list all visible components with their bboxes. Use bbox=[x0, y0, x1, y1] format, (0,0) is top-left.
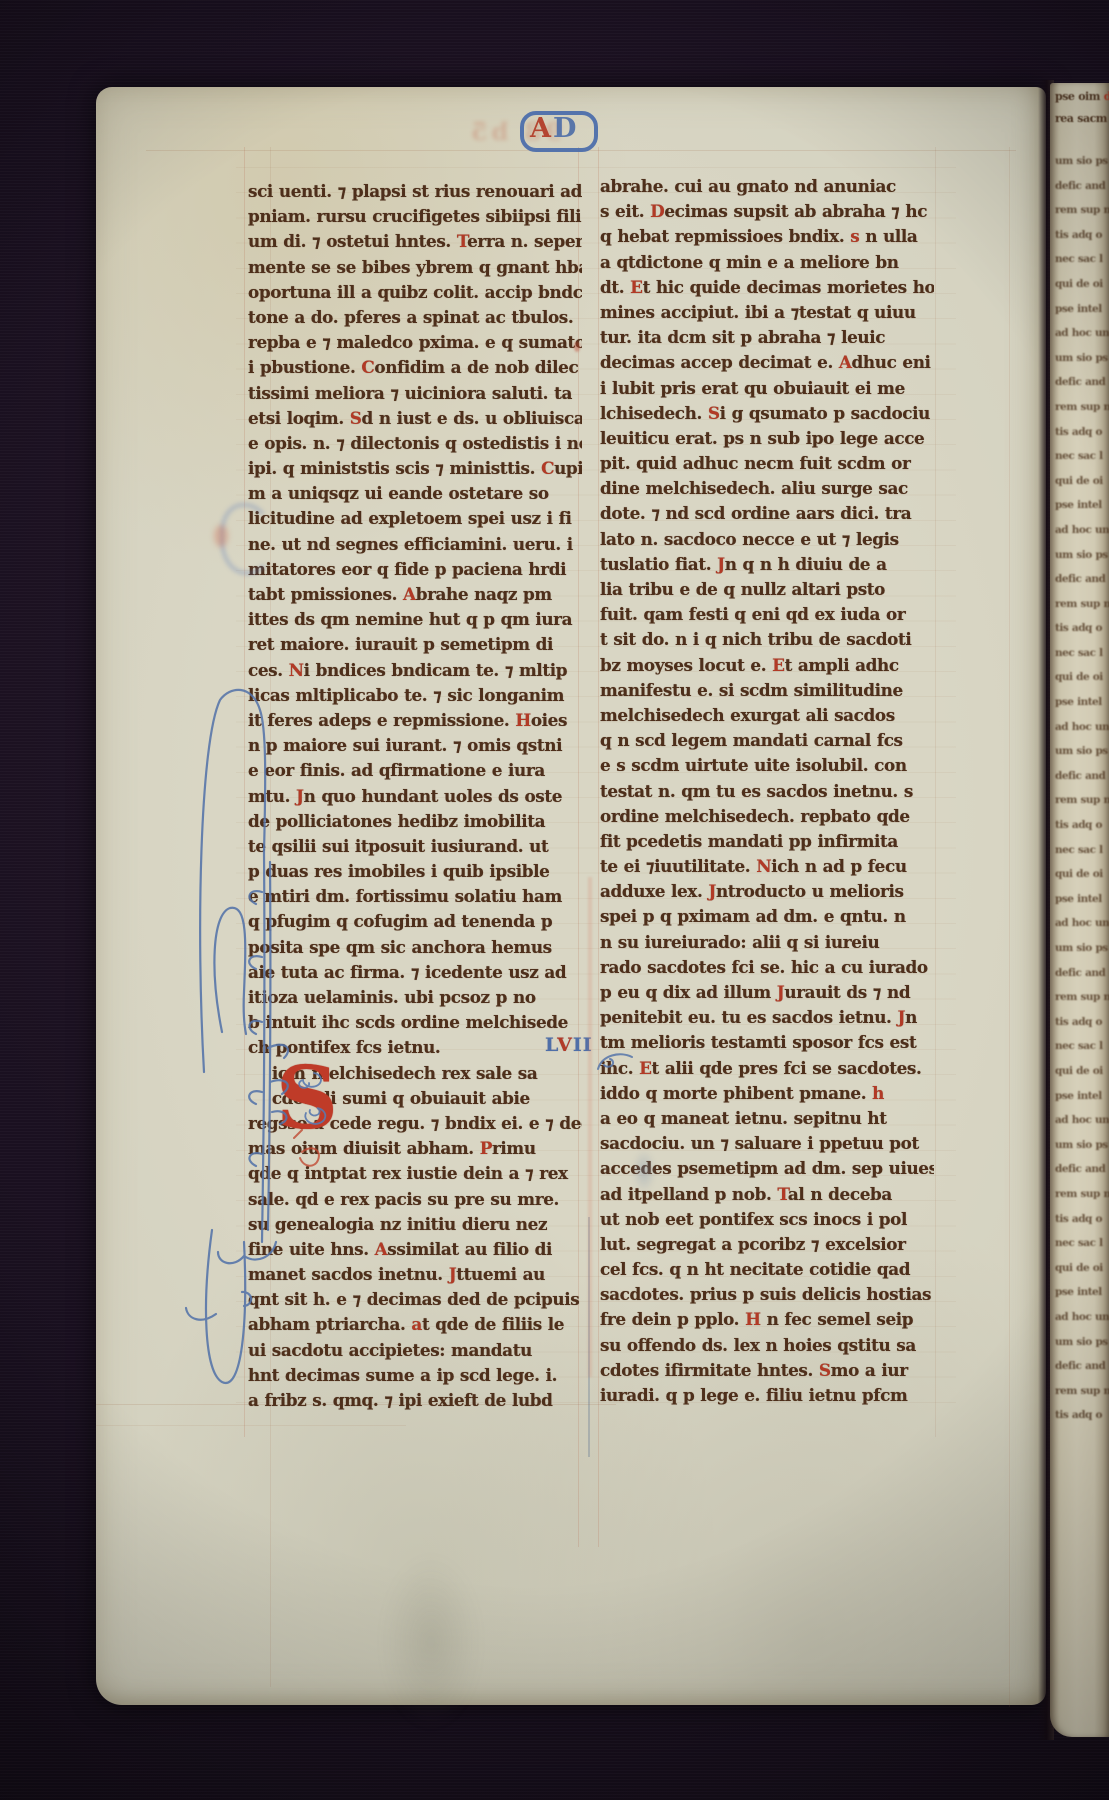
text-line: um sio ps bbox=[1055, 149, 1109, 174]
pen-flourish-decoration bbox=[156, 682, 326, 1402]
text-line: repba e ⁊ maledco pxima. e q sumato bbox=[248, 331, 579, 356]
text-line: qui de oi bbox=[1055, 1059, 1109, 1084]
text-line: defic and bbox=[1055, 961, 1109, 986]
text-line: tis adq o bbox=[1055, 1207, 1109, 1232]
text-line: um sio ps bbox=[1055, 1330, 1109, 1355]
text-line: tis adq o bbox=[1055, 616, 1109, 641]
text-line: tis adq o bbox=[1055, 813, 1109, 838]
text-line: qui de oi bbox=[1055, 665, 1109, 690]
text-line: rea sacm l bbox=[1055, 108, 1109, 130]
text-line: defic and bbox=[1055, 1354, 1109, 1379]
text-line: tis adq o bbox=[1055, 1010, 1109, 1035]
text-line: iddo q morte phibent pmane. h bbox=[600, 1082, 931, 1107]
text-line: rem sup n bbox=[1055, 592, 1109, 617]
text-line: cdotes ifirmitate hntes. Smo a iur bbox=[600, 1359, 931, 1384]
text-line: pse intel bbox=[1055, 887, 1109, 912]
text-line: tis adq o bbox=[1055, 223, 1109, 248]
text-line: decimas accep decimat e. Adhuc eni bbox=[600, 351, 931, 376]
chapter-number: LVII bbox=[545, 1034, 593, 1056]
text-line: lia tribu e de q nullz altari psto bbox=[600, 578, 931, 603]
text-line: sci uenti. ⁊ plapsi st rius renouari ad bbox=[248, 180, 579, 205]
text-line: nec sac l bbox=[1055, 247, 1109, 272]
running-title: AD bbox=[520, 111, 598, 152]
text-line: pse oim d bbox=[1055, 86, 1109, 108]
text-line: ut nob eet pontifex scs inocs i pol bbox=[600, 1208, 931, 1233]
text-line: s eit. Decimas supsit ab abraha ⁊ hc bbox=[600, 200, 931, 225]
text-line: ces. Ni bndices bndicam te. ⁊ mltip bbox=[248, 659, 579, 684]
text-line: ad hoc un bbox=[1055, 321, 1109, 346]
text-line: tabt pmissiones. Abrahe naqz pm bbox=[248, 583, 579, 608]
text-line: e s scdm uirtute uite isolubil. con bbox=[600, 754, 931, 779]
text-line: rado sacdotes fci se. hic a cu iurado bbox=[600, 956, 931, 981]
text-line: um sio ps bbox=[1055, 346, 1109, 371]
text-line: lut. segregat a pcoribz ⁊ excelsior bbox=[600, 1233, 931, 1258]
text-line: ad hoc un bbox=[1055, 715, 1109, 740]
text-line: ad hoc un bbox=[1055, 1108, 1109, 1133]
text-line: nec sac l bbox=[1055, 1231, 1109, 1256]
text-line: rem sup n bbox=[1055, 985, 1109, 1010]
text-line: fit pcedetis mandati pp infirmita bbox=[600, 830, 931, 855]
text-line: tone a do. pferes a spinat ac tbulos. bbox=[248, 306, 579, 331]
text-line: rem sup n bbox=[1055, 788, 1109, 813]
ruling-line bbox=[1009, 147, 1010, 1707]
text-line: pse intel bbox=[1055, 1084, 1109, 1109]
text-line: abrahe. cui au gnato nd anuniac bbox=[600, 175, 931, 200]
text-line: pniam. rursu crucifigetes sibiipsi fili bbox=[248, 205, 579, 230]
text-line: e opis. n. ⁊ dilectonis q ostedistis i n… bbox=[248, 432, 579, 457]
text-line: etsi loqim. Sd n iust e ds. u obliuisca bbox=[248, 407, 579, 432]
ruling-line bbox=[935, 147, 936, 1437]
text-line: qui de oi bbox=[1055, 469, 1109, 494]
text-line: adduxe lex. Jntroducto u melioris bbox=[600, 880, 931, 905]
text-line: ihc. Et alii qde pres fci se sacdotes. bbox=[600, 1057, 931, 1082]
text-line: pse intel bbox=[1055, 297, 1109, 322]
text-line: um di. ⁊ ostetui hntes. Terra n. sepenu bbox=[248, 230, 579, 255]
text-line: te ei ⁊iuutilitate. Nich n ad p fecu bbox=[600, 855, 931, 880]
text-line: defic and bbox=[1055, 567, 1109, 592]
manuscript-photo: 98 b5 AD sci uenti. ⁊ plapsi st rius ren… bbox=[0, 0, 1109, 1800]
text-line: tis adq o bbox=[1055, 1403, 1109, 1428]
text-line: pit. quid adhuc necm fuit scdm or bbox=[600, 452, 931, 477]
text-line: oportuna ill a quibz colit. accip bndc bbox=[248, 281, 579, 306]
text-line: ad hoc un bbox=[1055, 518, 1109, 543]
text-line: ordine melchisedech. repbato qde bbox=[600, 805, 931, 830]
ink-bleedthrough-mark bbox=[220, 503, 274, 575]
ink-bleedthrough-mark bbox=[628, 1142, 660, 1200]
manuscript-page: 98 b5 AD sci uenti. ⁊ plapsi st rius ren… bbox=[96, 87, 1046, 1705]
text-line: tissimi meliora ⁊ uiciniora saluti. ta bbox=[248, 382, 579, 407]
text-line: lchisedech. Si g qsumato p sacdociu bbox=[600, 402, 931, 427]
text-line: tis adq o bbox=[1055, 420, 1109, 445]
text-line: qui de oi bbox=[1055, 862, 1109, 887]
text-line: ipi. q ministstis scis ⁊ ministtis. Cupi bbox=[248, 457, 579, 482]
text-line: qui de oi bbox=[1055, 1256, 1109, 1281]
text-line: licitudine ad expletoem spei usz i fi bbox=[248, 507, 579, 532]
ink-bleedthrough-mark bbox=[588, 877, 592, 1377]
text-line: um sio ps bbox=[1055, 739, 1109, 764]
text-line: mente se se bibes ybrem q gnant hba bbox=[248, 256, 579, 281]
text-line: qui de oi bbox=[1055, 272, 1109, 297]
text-line: p eu q dix ad illum Jurauit ds ⁊ nd bbox=[600, 981, 931, 1006]
text-line: fre dein p pplo. H n fec semel seip bbox=[600, 1308, 931, 1333]
text-line: um sio ps bbox=[1055, 543, 1109, 568]
text-line: m a uniqsqz ui eande ostetare so bbox=[248, 482, 579, 507]
text-line: i lubit pris erat qu obuiauit ei me bbox=[600, 377, 931, 402]
text-line: rem sup n bbox=[1055, 198, 1109, 223]
text-line: tuslatio fiat. Jn q n h diuiu de a bbox=[600, 553, 931, 578]
text-line: spei p q pximam ad dm. e qntu. n bbox=[600, 905, 931, 930]
text-line: a qtdictone q min e a meliore bn bbox=[600, 251, 931, 276]
text-line: i pbustione. Confidim a de nob dilec bbox=[248, 356, 579, 381]
text-line: t sit do. n i q nich tribu de sacdoti bbox=[600, 628, 931, 653]
text-line: leuiticu erat. ps n sub ipo lege acce bbox=[600, 427, 931, 452]
text-line: lato n. sacdoco necce e ut ⁊ legis bbox=[600, 528, 931, 553]
text-line: mitatores eor q fide p paciena hrdi bbox=[248, 558, 579, 583]
text-line: rem sup n bbox=[1055, 1379, 1109, 1404]
text-line: pse intel bbox=[1055, 1280, 1109, 1305]
text-line: nec sac l bbox=[1055, 838, 1109, 863]
parchment-stain bbox=[366, 1527, 496, 1757]
text-line: su offendo ds. lex n hoies qstitu sa bbox=[600, 1334, 931, 1359]
text-line: ad hoc un bbox=[1055, 911, 1109, 936]
gutter-curl-decoration bbox=[594, 1049, 636, 1075]
text-line: nec sac l bbox=[1055, 444, 1109, 469]
text-line: tur. ita dcm sit p abraha ⁊ leuic bbox=[600, 326, 931, 351]
text-line: melchisedech exurgat ali sacdos bbox=[600, 704, 931, 729]
text-line: pse intel bbox=[1055, 493, 1109, 518]
text-line: cel fcs. q n ht necitate cotidie qad bbox=[600, 1258, 931, 1283]
text-line: um sio ps bbox=[1055, 1133, 1109, 1158]
text-line: fuit. qam festi q eni qd ex iuda or bbox=[600, 603, 931, 628]
text-line: defic and bbox=[1055, 1157, 1109, 1182]
fore-edge-text: pse oim drea sacm l bbox=[1055, 86, 1109, 130]
text-line: ret maiore. iurauit p semetipm di bbox=[248, 633, 579, 658]
text-line: sacdotes. prius p suis delicis hostias o… bbox=[600, 1283, 931, 1308]
text-line: dine melchisedech. aliu surge sac bbox=[600, 477, 931, 502]
text-line: nec sac l bbox=[1055, 641, 1109, 666]
text-line: q hebat repmissioes bndix. s n ulla bbox=[600, 225, 931, 250]
text-line: rem sup n bbox=[1055, 395, 1109, 420]
text-line: mines accipiut. ibi a ⁊testat q uiuu bbox=[600, 301, 931, 326]
text-line: n su iureiurado: alii q si iureiu bbox=[600, 931, 931, 956]
text-line: defic and bbox=[1055, 764, 1109, 789]
text-column-right: abrahe. cui au gnato nd anuniacs eit. De… bbox=[600, 175, 934, 1415]
ruling-line bbox=[598, 147, 599, 1547]
text-line: defic and bbox=[1055, 370, 1109, 395]
text-line: a eo q maneat ietnu. sepitnu ht bbox=[600, 1107, 931, 1132]
text-line: ne. ut nd segnes efficiamini. ueru. i bbox=[248, 533, 579, 558]
book-fore-edge: pse oim drea sacm l um sio psdefic andre… bbox=[1050, 83, 1109, 1737]
ruling-line bbox=[96, 1425, 406, 1426]
text-line: q n scd legem mandati carnal fcs bbox=[600, 729, 931, 754]
text-line: defic and bbox=[1055, 174, 1109, 199]
ink-bleedthrough-mark bbox=[214, 525, 228, 547]
text-line: um sio ps bbox=[1055, 936, 1109, 961]
text-line: testat n. qm tu es sacdos inetnu. s bbox=[600, 780, 931, 805]
text-line: manifestu e. si scdm similitudine bbox=[600, 679, 931, 704]
text-line: bz moyses locut e. Et ampli adhc bbox=[600, 654, 931, 679]
running-title-letters: AD bbox=[530, 113, 578, 144]
text-line: penitebit eu. tu es sacdos ietnu. Jn bbox=[600, 1006, 931, 1031]
text-line: pse intel bbox=[1055, 690, 1109, 715]
text-line: tm melioris testamti sposor fcs est bbox=[600, 1031, 931, 1056]
text-line: ittes ds qm nemine hut q p qm iura bbox=[248, 608, 579, 633]
ink-bleedthrough-mark bbox=[574, 341, 580, 352]
text-line: dt. Et hic quide decimas morietes ho bbox=[600, 276, 931, 301]
text-line: ad hoc un bbox=[1055, 1305, 1109, 1330]
text-line: iuradi. q p lege e. filiu ietnu pfcm bbox=[600, 1384, 931, 1409]
text-line: nec sac l bbox=[1055, 1034, 1109, 1059]
text-line: dote. ⁊ nd scd ordine aars dici. tra bbox=[600, 502, 931, 527]
text-line: rem sup n bbox=[1055, 1182, 1109, 1207]
fore-edge-text: um sio psdefic andrem sup ntis adq onec … bbox=[1055, 149, 1109, 1428]
